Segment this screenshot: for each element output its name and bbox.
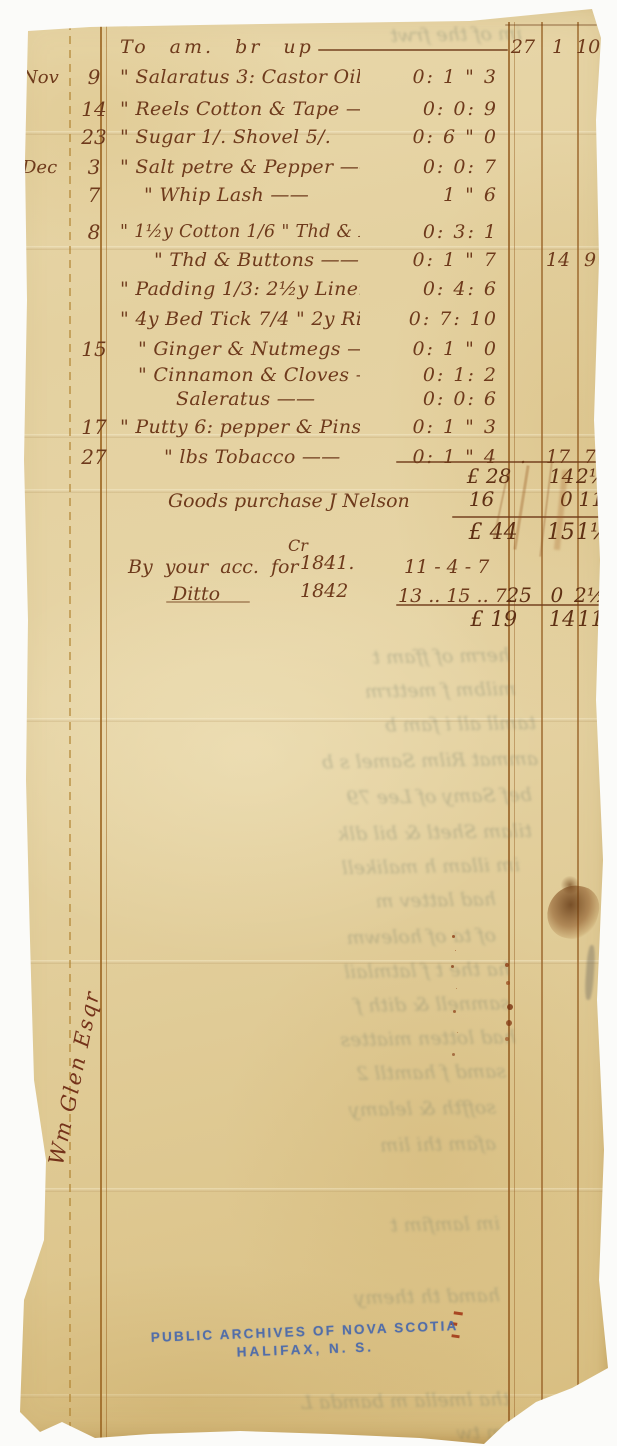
paper-sheet: im of the frwt herm of ffam t milbm f me… bbox=[0, 0, 617, 1446]
bleed-through-line: soffth & lelamy bbox=[316, 1096, 496, 1121]
bleed-through-line: ammat Rilm Samel s b bbox=[278, 748, 538, 775]
total-pounds: £ 44 bbox=[398, 520, 546, 545]
bleed-through-line: of ta of holewm bbox=[306, 924, 496, 949]
total-shillings: 14 bbox=[547, 607, 577, 631]
ledger-day: 17 bbox=[74, 415, 114, 439]
ledger-desc: To am. br up bbox=[114, 36, 360, 58]
addressee-note: Wm Glen Esqr bbox=[44, 988, 104, 1167]
ledger-day: 8 bbox=[74, 220, 114, 244]
total-pence: 2½ bbox=[576, 464, 604, 488]
ink-stain bbox=[542, 880, 604, 944]
total-row-balance: £ 19 14 11 bbox=[398, 607, 604, 631]
total-pence: 11 bbox=[579, 487, 604, 511]
bleed-through-line: herm of ffam t bbox=[300, 644, 510, 670]
ledger-desc: " Salt petre & Pepper —— bbox=[114, 156, 360, 178]
bleed-through-line: tamll all i fam b bbox=[296, 712, 536, 738]
ledger-desc: " Whip Lash —— bbox=[114, 184, 360, 206]
total-shillings: 14 bbox=[547, 464, 576, 488]
ledger-amount: 1 " 6 bbox=[360, 184, 506, 206]
credit-1842-year: 1842 bbox=[300, 580, 348, 602]
ledger-day: 9 bbox=[74, 65, 114, 89]
ledger-day: 27 bbox=[74, 445, 114, 469]
ledger-row: 8 " 1½y Cotton 1/6 " Thd & Buttons 1/7 0… bbox=[12, 217, 604, 247]
ledger-amount: 0: 0: 9 bbox=[360, 98, 506, 120]
ledger-row: 23 " Sugar 1/. Shovel 5/. 0: 6 " 0 bbox=[12, 122, 604, 152]
total-pounds: £ 28 bbox=[398, 464, 547, 488]
total-pence: 1½ bbox=[576, 520, 604, 545]
ledger-amount: 0: 7: 10 bbox=[360, 308, 506, 330]
ledger-desc: " Cinnamon & Cloves —— bbox=[114, 364, 360, 386]
bleed-through-line: tha lmella m bamda L N m h bbox=[300, 1388, 510, 1414]
total-row-sum2: £ 44 15 1½ bbox=[398, 520, 604, 545]
bleed-through-line: falam tw bbox=[420, 1421, 540, 1445]
ledger-col-shillings: 14 bbox=[540, 249, 576, 271]
ledger-desc: " 1½y Cotton 1/6 " Thd & Buttons 1/7 bbox=[114, 222, 360, 242]
ledger-desc: " Reels Cotton & Tape —— bbox=[114, 98, 360, 120]
ledger-desc: " Putty 6: pepper & Pins 9 bbox=[114, 416, 360, 438]
ledger-desc: " lbs Tobacco —— bbox=[114, 446, 360, 468]
ledger-desc: " Salaratus 3: Castor Oil 1/. bbox=[114, 66, 360, 88]
ink-dash-rule bbox=[318, 49, 508, 51]
ledger-row: " 4y Bed Tick 7/4 " 2y Ribbon 6 0: 7: 10 bbox=[12, 304, 604, 334]
bleed-through-line: afam thi lim bbox=[326, 1133, 496, 1158]
ledger-amount: 0: 3: 1 bbox=[360, 221, 506, 243]
total-row-sum1: £ 28 14 2½ bbox=[398, 464, 604, 488]
ledger-col-shillings: 1 bbox=[540, 36, 576, 58]
bleed-through-line: samnell & dith f bbox=[300, 992, 510, 1018]
ditto-underline bbox=[166, 601, 250, 603]
ledger-amount: 0: 0: 7 bbox=[360, 156, 506, 178]
ledger-day: 23 bbox=[74, 125, 114, 149]
total-shillings: 15 bbox=[546, 520, 576, 545]
scan-background: im of the frwt herm of ffam t milbm f me… bbox=[0, 0, 617, 1446]
bleed-through-line: milbm f mettrm bbox=[286, 678, 516, 704]
archive-stamp: PUBLIC ARCHIVES OF NOVA SCOTIA HALIFAX, … bbox=[139, 1318, 470, 1364]
ledger-amount: 0: 6 " 0 bbox=[360, 126, 506, 148]
ledger-amount: 0: 1 " 0 bbox=[360, 338, 506, 360]
credit-1841-year: 1841. bbox=[300, 552, 354, 574]
ledger-col-pounds: 27 bbox=[506, 36, 540, 58]
ledger-desc: " Ginger & Nutmegs —— bbox=[114, 338, 360, 360]
ledger-month: Dec bbox=[12, 157, 74, 178]
ledger-day: 3 bbox=[74, 155, 114, 179]
ledger-desc: Saleratus —— bbox=[114, 388, 360, 410]
bleed-through-line: had lotten miattes bbox=[296, 1026, 516, 1052]
bleed-through-line: had lattev m bbox=[296, 888, 496, 913]
gray-smudge bbox=[584, 945, 596, 1000]
credit-1841-label: By your acc. for bbox=[128, 556, 299, 578]
bleed-through-line: im lamfim t bbox=[330, 1213, 500, 1238]
ledger-day: 14 bbox=[74, 97, 114, 121]
nelson-purchase-note: Goods purchase J Nelson bbox=[168, 490, 410, 512]
total-pence: 11 bbox=[577, 607, 604, 631]
ledger-day: 15 bbox=[74, 337, 114, 361]
total-pounds: £ 19 bbox=[398, 607, 547, 631]
sum-rule bbox=[396, 461, 600, 463]
total-row-nelson: 16 0 11 bbox=[398, 487, 604, 511]
ledger-col-pence: 10. bbox=[576, 36, 604, 58]
ledger-col-pence: 9 bbox=[576, 249, 604, 271]
fold-crease bbox=[0, 960, 617, 964]
ledger-row-brought-up: To am. br up 27 1 10. bbox=[12, 32, 604, 62]
ledger-amount: 0: 1 " 3 bbox=[360, 66, 506, 88]
bleed-through-line: im illam h malikell bbox=[300, 854, 520, 880]
ledger-amount: 0: 1 " 3 bbox=[360, 416, 506, 438]
bleed-through-line: ha the t f latmlail bbox=[310, 958, 510, 983]
ledger-row: 14 " Reels Cotton & Tape —— 0: 0: 9 bbox=[12, 94, 604, 124]
ledger-desc: " Sugar 1/. Shovel 5/. bbox=[114, 126, 360, 148]
total-pounds: 16 bbox=[398, 487, 554, 511]
ledger-row: 17 " Putty 6: pepper & Pins 9 0: 1 " 3 bbox=[12, 412, 604, 442]
ledger-row: Saleratus —— 0: 0: 6 bbox=[12, 384, 604, 414]
ledger-row: " Padding 1/3: 2½y Linen 3/3 0: 4: 6 bbox=[12, 274, 604, 304]
ledger-desc: " 4y Bed Tick 7/4 " 2y Ribbon 6 bbox=[114, 308, 360, 330]
total-shillings: 0 bbox=[554, 487, 578, 511]
bleed-through-line: tilam Shetl & bil dlk bbox=[292, 820, 532, 846]
bleed-through-line: samd f hamtll 2 bbox=[306, 1060, 506, 1085]
bleed-through-line: hamd th themy bbox=[320, 1284, 500, 1309]
bleed-through-line: bef Samy of Lee 79 bbox=[282, 784, 532, 810]
ledger-amount: 0: 0: 6 bbox=[360, 388, 506, 410]
ledger-amount: 0: 1: 2 bbox=[360, 364, 506, 386]
sum-rule bbox=[396, 604, 604, 606]
ledger-month: Nov bbox=[12, 67, 74, 88]
credit-1841-amount: 11 - 4 - 7 bbox=[404, 556, 489, 578]
ledger-amount: 0: 1 " 7 bbox=[360, 249, 506, 271]
ledger-amount: 0: 4: 6 bbox=[360, 278, 506, 300]
fold-crease bbox=[0, 1188, 617, 1192]
ledger-desc: " Thd & Buttons —— bbox=[114, 249, 360, 271]
ledger-day: 7 bbox=[74, 183, 114, 207]
ledger-row: " Thd & Buttons —— 0: 1 " 7 14 9 bbox=[12, 245, 604, 275]
sum-rule bbox=[452, 516, 602, 518]
ledger-desc: " Padding 1/3: 2½y Linen 3/3 bbox=[114, 278, 360, 300]
ledger-row: Dec 3 " Salt petre & Pepper —— 0: 0: 7 bbox=[12, 152, 604, 182]
ledger-row: 7 " Whip Lash —— 1 " 6 bbox=[12, 180, 604, 210]
ledger-row: Nov 9 " Salaratus 3: Castor Oil 1/. 0: 1… bbox=[12, 62, 604, 92]
